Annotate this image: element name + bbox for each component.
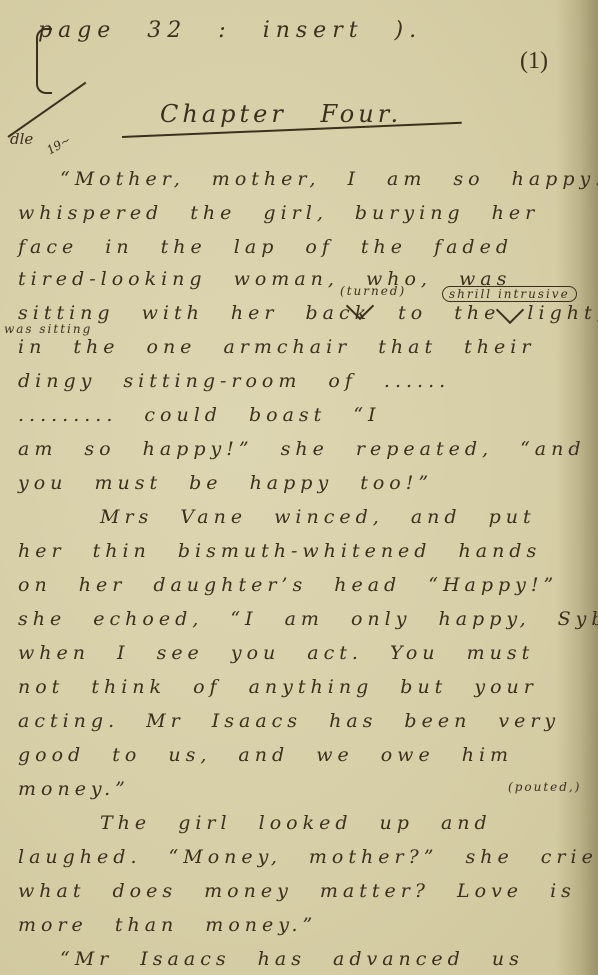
manuscript-line: Mrs Vane winced, and put [100,506,598,528]
manuscript-line: face in the lap of the faded [18,236,593,258]
manuscript-line: in the one armchair that their [18,336,593,358]
manuscript-line: good to us, and we owe him [18,744,593,766]
manuscript-line: whispered the girl, burying her [18,202,593,224]
manuscript-line: dingy sitting-room of ...... [18,370,593,392]
manuscript-line: “Mr Isaacs has advanced us [60,948,598,970]
page-number: (1) [520,48,548,75]
manuscript-line: you must be happy too!” [18,472,593,494]
manuscript-line: when I see you act. You must [18,642,593,664]
manuscript-line: laughed. “Money, mother?” she cried, [18,846,593,868]
manuscript-line: her thin bismuth-whitened hands [18,540,593,562]
header-note: page 32 : insert ). [38,18,422,43]
chapter-title: Chapter Four. [160,100,402,128]
manuscript-line: she echoed, “I am only happy, Sybil, [18,608,593,630]
manuscript-line: am so happy!” she repeated, “and [18,438,593,460]
manuscript-line: not think of anything but your [18,676,593,698]
manuscript-line: The girl looked up and [100,812,598,834]
manuscript-line: on her daughter’s head “Happy!” [18,574,593,596]
margin-annotation-number: 19~ [44,133,73,158]
insert-pouted: pouted, [508,780,581,794]
manuscript-line: acting. Mr Isaacs has been very [18,710,593,732]
manuscript-line: ......... could boast “I [18,404,593,426]
margin-annotation: dle [10,130,33,148]
manuscript-line: money.” [18,778,593,800]
manuscript-line: more than money.” [18,914,593,936]
manuscript-line: “Mother, mother, I am so happy!” [60,168,598,190]
insert-turned: turned [340,284,406,298]
manuscript-page: page 32 : insert ). (1) Chapter Four. dl… [0,0,598,975]
insert-was-sitting: was sitting [4,322,92,336]
manuscript-line: sitting with her back to the light, [18,302,593,324]
manuscript-line: what does money matter? Love is [18,880,593,902]
